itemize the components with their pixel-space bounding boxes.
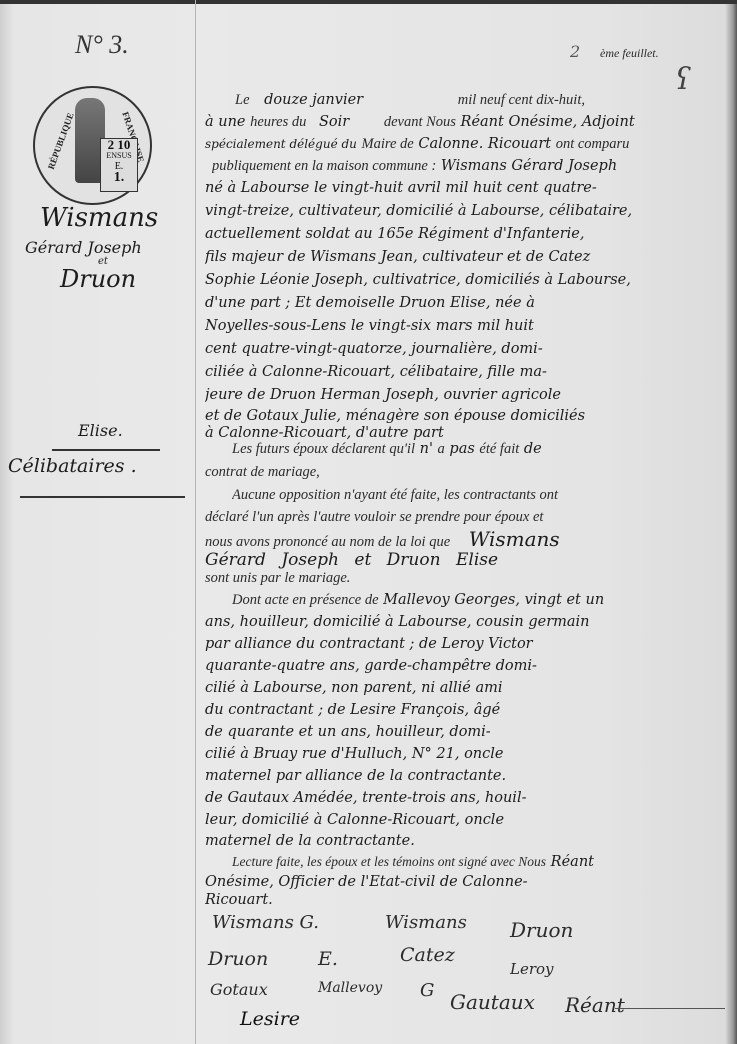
printed-text: nous avons prononcé au nom de la loi que	[205, 534, 450, 550]
stamp-text-left: RÉPUBLIQUE	[46, 111, 76, 170]
printed-text: heures du	[250, 114, 306, 130]
body-line-17: Les futurs époux déclarent qu'il n' a pa…	[232, 441, 737, 458]
body-line-2: à une heures du Soir devant Nous Réant O…	[205, 114, 725, 131]
body-line-34: leur, domicilié à Calonne-Ricouart, oncl…	[205, 812, 725, 828]
body-line-16: à Calonne-Ricouart, d'autre part	[205, 425, 725, 441]
body-line-21: nous avons prononcé au nom de la loi que…	[205, 527, 725, 551]
stamp-value-box: 2 10 ENSUS E. 1.	[100, 138, 138, 192]
body-line-15: et de Gotaux Julie, ménagère son épouse …	[205, 408, 725, 424]
body-line-18: contrat de mariage,	[205, 464, 725, 481]
body-line-30: de quarante et un ans, houilleur, domi-	[205, 724, 725, 740]
margin-rule-1	[52, 449, 160, 451]
sheet-label: ème feuillet.	[600, 46, 659, 61]
body-line-35: maternel de la contractante.	[205, 833, 725, 849]
body-line-1: Le douze janvier mil neuf cent dix-huit,	[235, 92, 737, 109]
printed-text: été fait	[479, 441, 519, 457]
signature: Réant	[565, 993, 625, 1017]
handwritten-text: n'	[420, 441, 433, 457]
signature: Druon	[208, 948, 268, 970]
margin-groom-firstnames: Gérard Joseph	[25, 238, 142, 257]
body-line-22: Gérard Joseph et Druon Elise	[205, 550, 725, 570]
signature: Wismans	[385, 912, 467, 933]
body-line-3: spécialement délégué du Maire de Calonne…	[205, 136, 725, 153]
margin-marital-status: Célibataires .	[8, 455, 137, 477]
body-line-14: jeure de Druon Herman Joseph, ouvrier ag…	[205, 387, 725, 403]
printed-text: publiquement en la maison commune :	[212, 158, 436, 174]
signature: E.	[318, 948, 338, 970]
signature: Gautaux	[450, 990, 535, 1014]
body-line-9: Sophie Léonie Joseph, cultivatrice, domi…	[205, 272, 725, 288]
body-line-4: publiquement en la maison commune : Wism…	[212, 158, 732, 175]
printed-text: Dont acte en présence de	[232, 592, 379, 608]
printed-text: Lecture faite, les époux et les témoins …	[232, 854, 546, 869]
body-line-7: actuellement soldat au 165e Régiment d'I…	[205, 226, 725, 242]
printed-text: devant Nous	[384, 114, 456, 130]
signature: Mallevoy	[318, 980, 382, 996]
signature: Lesire	[240, 1008, 300, 1030]
body-line-38: Ricouart.	[205, 892, 725, 908]
register-page: N° 3. 2 ème feuillet. ʕ RÉPUBLIQUE FRANÇ…	[0, 0, 737, 1044]
body-line-25: ans, houilleur, domicilié à Labourse, co…	[205, 614, 725, 630]
handwritten-text: à une	[205, 114, 246, 130]
stamp-value: 2 10	[101, 139, 137, 150]
body-line-5: né à Labourse le vingt-huit avril mil hu…	[205, 180, 725, 196]
signature: Wismans G.	[212, 912, 319, 933]
handwritten-text: Wismans Gérard Joseph	[441, 158, 617, 174]
body-line-28: cilié à Labourse, non parent, ni allié a…	[205, 680, 725, 696]
body-line-13: ciliée à Calonne-Ricouart, célibataire, …	[205, 364, 725, 380]
body-line-12: cent quatre-vingt-quatorze, journalière,…	[205, 341, 725, 357]
scan-top-edge	[0, 0, 737, 4]
body-line-20: déclaré l'un après l'autre vouloir se pr…	[205, 509, 725, 526]
printed-text: ont comparu	[556, 136, 630, 152]
handwritten-text: Réant Onésime, Adjoint	[461, 114, 635, 130]
stamp-ensus: ENSUS	[101, 150, 137, 161]
handwritten-text: pas	[449, 441, 474, 457]
body-line-23: sont unis par le mariage.	[205, 570, 725, 587]
printed-text: Les futurs époux déclarent qu'il	[232, 441, 415, 457]
printed-text: a	[438, 441, 445, 457]
signature: Leroy	[510, 960, 554, 978]
margin-bride-firstname: Elise.	[78, 421, 123, 440]
signature: Druon	[510, 918, 573, 942]
body-line-32: maternel par alliance de la contractante…	[205, 768, 725, 784]
act-number: N° 3.	[75, 30, 129, 60]
signature: G	[420, 980, 434, 1001]
handwritten-text: Calonne. Ricouart	[418, 136, 551, 152]
body-line-26: par alliance du contractant ; de Leroy V…	[205, 636, 725, 652]
margin-rule	[195, 0, 196, 1044]
handwritten-text: de	[524, 441, 542, 457]
fiscal-stamp: RÉPUBLIQUE FRANÇAISE 2 10 ENSUS E. 1.	[33, 86, 152, 205]
handwritten-text: douze janvier	[264, 92, 363, 108]
margin-groom-surname: Wismans	[40, 203, 158, 233]
handwritten-text: Réant	[551, 854, 594, 870]
sheet-number: 2	[570, 42, 580, 61]
margin-bride-surname: Druon	[60, 265, 136, 293]
printed-text: Le	[235, 92, 250, 108]
body-line-19: Aucune opposition n'ayant été faite, les…	[232, 487, 737, 504]
printed-text: Maire de	[362, 136, 414, 152]
body-line-27: quarante-quatre ans, garde-champêtre dom…	[205, 658, 725, 674]
printed-text: mil neuf cent dix-huit,	[458, 92, 585, 108]
handwritten-text: Wismans	[469, 527, 560, 551]
signature: Gotaux	[210, 980, 268, 999]
body-line-6: vingt-treize, cultivateur, domicilié à L…	[205, 203, 725, 219]
margin-rule-2	[20, 496, 185, 498]
body-line-11: Noyelles-sous-Lens le vingt-six mars mil…	[205, 318, 725, 334]
body-line-29: du contractant ; de Lesire François, âgé	[205, 702, 725, 718]
handwritten-text: spécialement délégué du	[205, 137, 357, 151]
body-line-10: d'une part ; Et demoiselle Druon Elise, …	[205, 295, 725, 311]
stamp-digit: 1.	[101, 172, 137, 183]
body-line-31: cilié à Bruay rue d'Hulluch, N° 21, oncl…	[205, 746, 725, 762]
body-line-37: Onésime, Officier de l'État-civil de Cal…	[205, 874, 725, 890]
signature: Catez	[400, 944, 455, 966]
body-line-33: de Gautaux Amédée, trente-trois ans, hou…	[205, 790, 725, 806]
body-line-36: Lecture faite, les époux et les témoins …	[232, 854, 737, 870]
handwritten-text: Soir	[319, 114, 349, 130]
body-line-8: fils majeur de Wismans Jean, cultivateur…	[205, 249, 725, 265]
signature-flourish	[615, 1008, 725, 1009]
handwritten-text: Mallevoy Georges, vingt et un	[383, 592, 604, 608]
body-line-24: Dont acte en présence de Mallevoy George…	[232, 592, 737, 609]
